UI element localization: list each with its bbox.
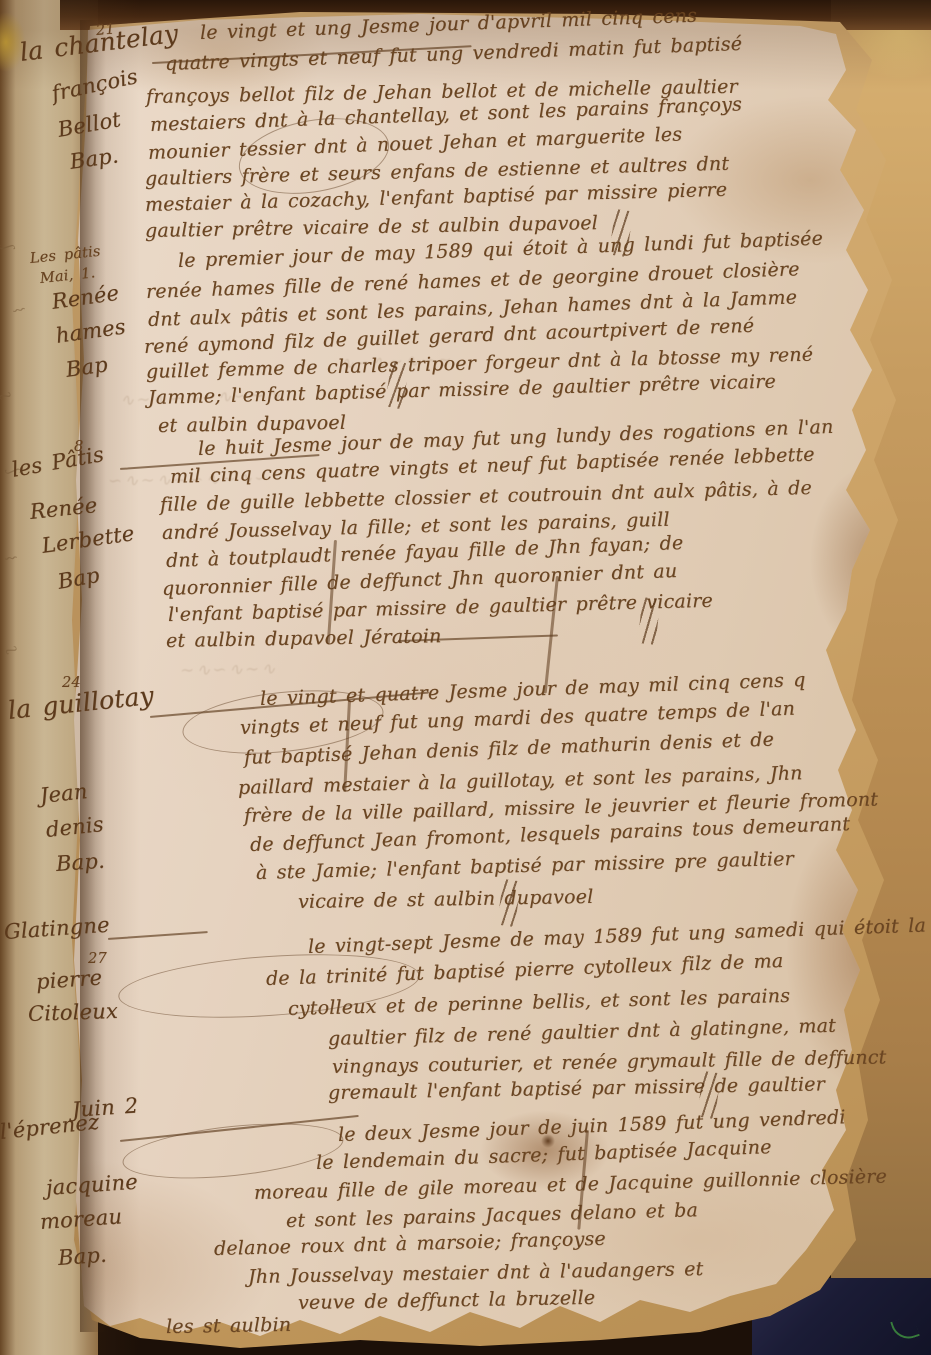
entry5-margin-firstname: pierre <box>35 967 103 993</box>
ink-bleedthrough: ∼∿∽∿∼∿ <box>180 659 278 681</box>
entry5-margin-surname: Citoleux <box>28 1001 119 1025</box>
entry4-margin-firstname: Jean <box>39 781 89 807</box>
entry4-line7: vicaire de st aulbin dupavoel <box>298 888 594 912</box>
entry2-line6: et aulbin dupavoel <box>158 414 346 436</box>
entry6-margin-bap: Bap. <box>57 1245 107 1269</box>
entry6-line7: les st aulbin <box>166 1316 292 1337</box>
entry5-day-number: 27 <box>88 952 107 967</box>
entry6-line6: veuve de deffunct la bruzelle <box>298 1289 596 1313</box>
entry2-margin-bap: Bap <box>65 354 110 381</box>
entry4-margin-bap: Bap. <box>55 851 105 875</box>
manuscript-photo: ʃ ⌇ ʅ ʃ ⌇ ʅ ∿∼∿∽∿∼∿∽∼∿ ∽∿∼∿∼∽∿∼∿∽ ∿∽∿∼∿∽… <box>0 0 931 1355</box>
entry6-margin-surname: moreau <box>39 1206 123 1233</box>
